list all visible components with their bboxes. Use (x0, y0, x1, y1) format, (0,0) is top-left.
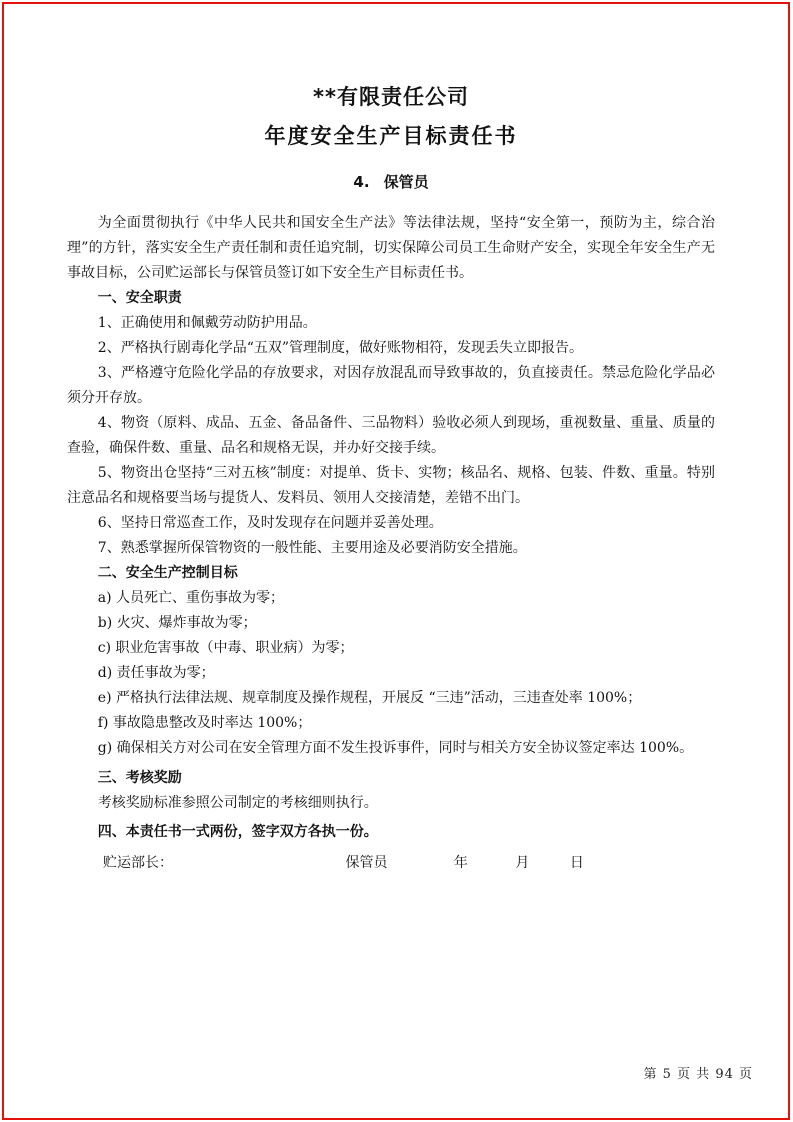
document-content: **有限责任公司 年度安全生产目标责任书 4.保管员 为全面贯彻执行《中华人民共… (67, 84, 715, 876)
subtitle-number: 4. (353, 173, 369, 191)
signature-day-label: 日 (570, 855, 584, 871)
company-title: **有限责任公司 (67, 84, 715, 110)
target-item-c: c) 职业危害事故（中毒、职业病）为零； (67, 636, 715, 661)
target-item-b: b) 火灾、爆炸事故为零； (67, 611, 715, 636)
page-number-footer: 第 5 页 共 94 页 (644, 1066, 753, 1084)
duty-item-3: 3、严格遵守危险化学品的存放要求，对因存放混乱而导致事故的，负直接责任。禁忌危险… (67, 361, 715, 411)
document-title: 年度安全生产目标责任书 (67, 123, 715, 149)
section-3-body: 考核奖励标准参照公司制定的考核细则执行。 (67, 791, 715, 816)
section-2-heading: 二、安全生产控制目标 (67, 561, 715, 586)
duty-item-5: 5、物资出仓坚持“三对五核”制度：对提单、货卡、实物；核品名、规格、包装、件数、… (67, 461, 715, 511)
intro-paragraph: 为全面贯彻执行《中华人民共和国安全生产法》等法律法规，坚持“安全第一，预防为主，… (67, 211, 715, 286)
duty-item-6: 6、坚持日常巡查工作，及时发现存在问题并妥善处理。 (67, 511, 715, 536)
signature-manager-label: 贮运部长： (103, 855, 173, 871)
section-1-heading: 一、安全职责 (67, 286, 715, 311)
signature-row: 贮运部长： 保管员 年 月 日 (67, 851, 715, 876)
target-item-e: e) 严格执行法律法规、规章制度及操作规程，开展反 “三违”活动，三违查处率 1… (67, 686, 715, 711)
subtitle-label: 保管员 (384, 173, 429, 191)
duty-item-7: 7、熟悉掌握所保管物资的一般性能、主要用途及必要消防安全措施。 (67, 536, 715, 561)
signature-keeper-label: 保管员 (345, 855, 387, 871)
target-item-f: f) 事故隐患整改及时率达 100%； (67, 711, 715, 736)
duty-item-2: 2、严格执行剧毒化学品“五双”管理制度，做好账物相符，发现丢失立即报告。 (67, 336, 715, 361)
section-subtitle: 4.保管员 (67, 172, 715, 192)
signature-year-label: 年 (454, 855, 468, 871)
target-item-g: g) 确保相关方对公司在安全管理方面不发生投诉事件，同时与相关方安全协议签定率达… (67, 736, 715, 761)
target-item-d: d) 责任事故为零； (67, 661, 715, 686)
duty-item-4: 4、物资（原料、成品、五金、备品备件、三品物料）验收必须人到现场，重视数量、重量… (67, 411, 715, 461)
section-3-heading: 三、考核奖励 (67, 766, 715, 791)
signature-month-label: 月 (515, 855, 529, 871)
duty-item-1: 1、正确使用和佩戴劳动防护用品。 (67, 311, 715, 336)
target-item-a: a) 人员死亡、重伤事故为零； (67, 586, 715, 611)
document-page: **有限责任公司 年度安全生产目标责任书 4.保管员 为全面贯彻执行《中华人民共… (0, 0, 793, 1122)
section-4-heading: 四、本责任书一式两份，签字双方各执一份。 (67, 820, 715, 845)
